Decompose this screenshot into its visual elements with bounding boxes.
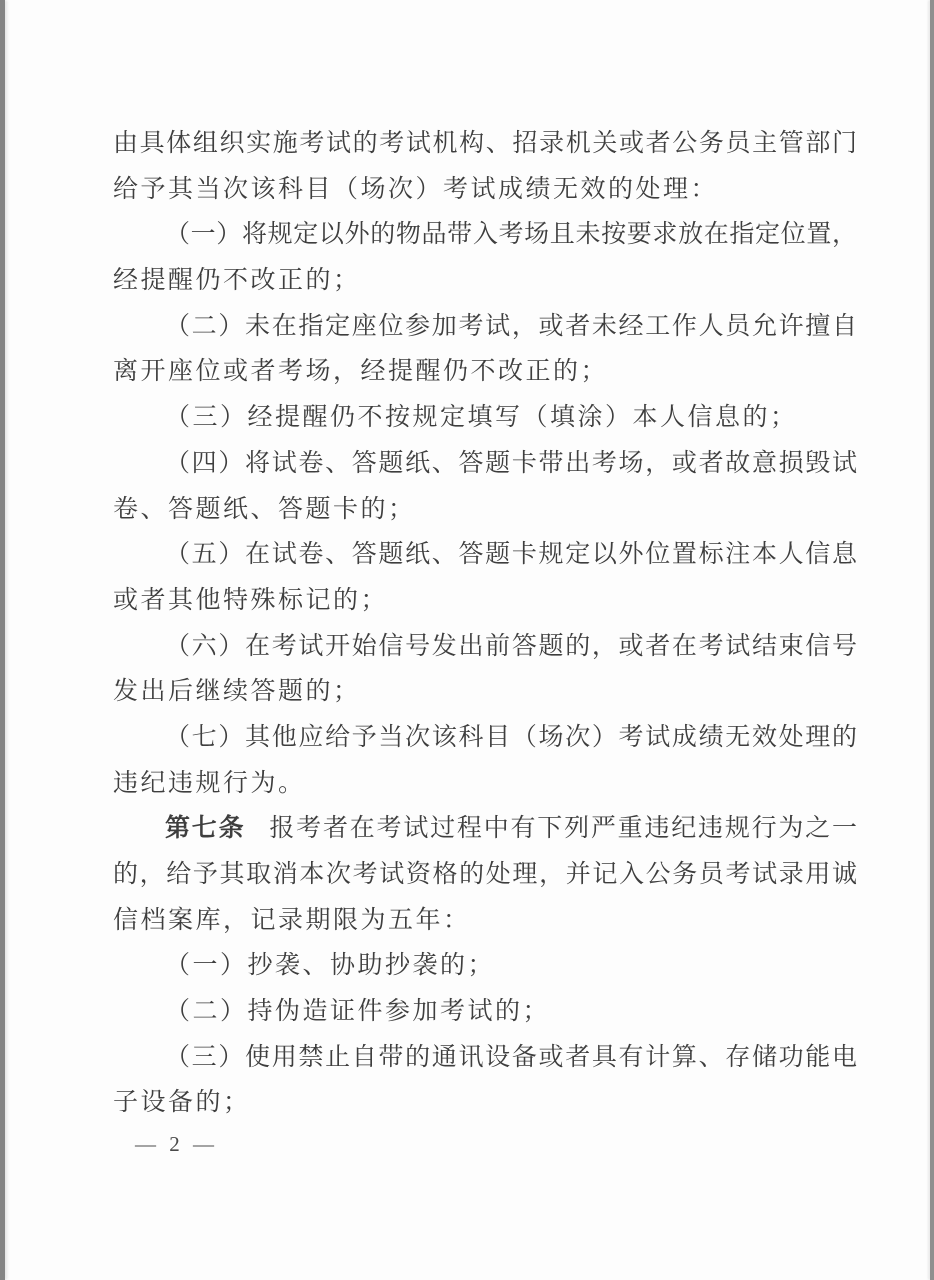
article-text: 报考者在考试过程中有下列严重违纪违规行为之一	[269, 815, 857, 842]
text-line: 给予其当次该科目（场次）考试成绩无效的处理：	[113, 167, 857, 213]
text-line: （三）使用禁止自带的通讯设备或者具有计算、存储功能电	[113, 1035, 857, 1081]
text-line: （三）经提醒仍不按规定填写（填涂）本人信息的；	[113, 395, 857, 441]
text-line: 或者其他特殊标记的；	[113, 578, 857, 624]
text-line: （五）在试卷、答题纸、答题卡规定以外位置标注本人信息	[113, 532, 857, 578]
text-line: 经提醒仍不改正的；	[113, 258, 857, 304]
text-line: 发出后继续答题的；	[113, 669, 857, 715]
text-line: （二）未在指定座位参加考试，或者未经工作人员允许擅自	[113, 304, 857, 350]
scan-edge-left	[0, 0, 5, 1280]
scanned-document-page: 由具体组织实施考试的考试机构、招录机关或者公务员主管部门 给予其当次该科目（场次…	[0, 0, 934, 1280]
document-body: 由具体组织实施考试的考试机构、招录机关或者公务员主管部门 给予其当次该科目（场次…	[113, 121, 857, 1126]
article-seven-line: 第七条报考者在考试过程中有下列严重违纪违规行为之一	[113, 806, 857, 852]
text-line: 信档案库，记录期限为五年：	[113, 898, 857, 944]
text-line: （一）抄袭、协助抄袭的；	[113, 943, 857, 989]
text-line: （一）将规定以外的物品带入考场且未按要求放在指定位置，	[113, 212, 857, 258]
text-line: 子设备的；	[113, 1080, 857, 1126]
text-line: 离开座位或者考场，经提醒仍不改正的；	[113, 349, 857, 395]
text-line: （六）在考试开始信号发出前答题的，或者在考试结束信号	[113, 624, 857, 670]
text-line: 的，给予其取消本次考试资格的处理，并记入公务员考试录用诚	[113, 852, 857, 898]
scan-edge-right	[930, 0, 934, 1280]
text-line: （二）持伪造证件参加考试的；	[113, 989, 857, 1035]
text-line: （四）将试卷、答题纸、答题卡带出考场，或者故意损毁试	[113, 441, 857, 487]
text-line: 违纪违规行为。	[113, 761, 857, 807]
text-line: （七）其他应给予当次该科目（场次）考试成绩无效处理的	[113, 715, 857, 761]
text-line: 由具体组织实施考试的考试机构、招录机关或者公务员主管部门	[113, 121, 857, 167]
text-line: 卷、答题纸、答题卡的；	[113, 487, 857, 533]
page-number: — 2 —	[135, 1132, 218, 1157]
article-number: 第七条	[165, 815, 245, 842]
